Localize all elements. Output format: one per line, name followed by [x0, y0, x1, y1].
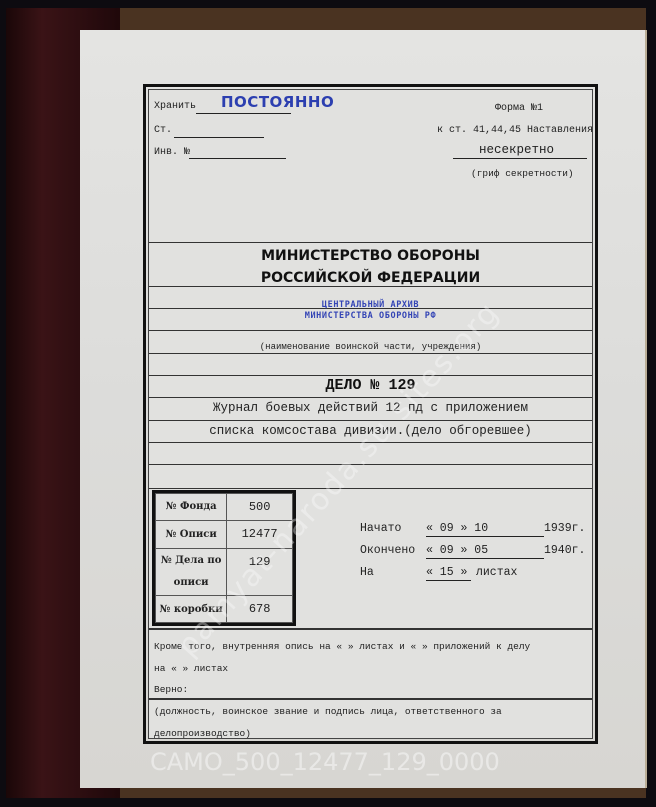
- secrecy-caption: (гриф секретности): [471, 168, 574, 179]
- sheets-value: « 15 »: [426, 566, 467, 579]
- file-description-line1: Журнал боевых действий 12 пд с приложени…: [149, 401, 592, 415]
- keep-label: Хранить: [154, 101, 196, 112]
- rule: [149, 353, 592, 354]
- started-label: Начато: [360, 522, 401, 535]
- sheets-underline: [426, 580, 471, 581]
- sheets-suffix: листах: [476, 566, 517, 579]
- rule: [149, 488, 592, 489]
- fond-row: № Фонда 500: [156, 494, 293, 521]
- rule: [149, 242, 592, 243]
- opis-label: № Описи: [156, 520, 227, 549]
- rule: [149, 698, 592, 700]
- ended-year: 1940г.: [544, 544, 585, 557]
- secrecy-underline: [453, 158, 587, 159]
- ended-label: Окончено: [360, 544, 415, 557]
- started-value: « 09 » 10: [426, 522, 488, 535]
- verified-label: Верно:: [154, 684, 188, 695]
- ended-underline: [426, 558, 544, 559]
- responsible-line1: (должность, воинское звание и подпись ли…: [154, 706, 502, 717]
- started-year: 1939г.: [544, 522, 585, 535]
- ministry-line1: МИНИСТЕРСТВО ОБОРОНЫ: [149, 248, 592, 264]
- keep-underline: [196, 113, 291, 114]
- st-underline: [174, 137, 264, 138]
- rule: [149, 286, 592, 287]
- scan-code: CAMO_500_12477_129_0000: [150, 748, 500, 776]
- form-number: Форма №1: [495, 103, 543, 114]
- fond-label: № Фонда: [156, 494, 227, 521]
- inv-underline: [189, 158, 286, 159]
- st-reference: к ст. 41,44,45 Наставления: [437, 125, 593, 136]
- archive-stamp-line1: ЦЕНТРАЛЬНЫЙ АРХИВ: [149, 300, 592, 310]
- ended-value: « 09 » 05: [426, 544, 488, 557]
- responsible-line2: делопроизводство): [154, 728, 251, 739]
- st-label: Ст.: [154, 125, 172, 136]
- keep-stamp: ПОСТОЯННО: [221, 93, 334, 111]
- rule: [149, 375, 592, 376]
- rule: [149, 330, 592, 331]
- unit-caption: (наименование воинской части, учреждения…: [149, 342, 592, 352]
- rule: [149, 397, 592, 398]
- inventory-line2: на « » листах: [154, 663, 228, 674]
- started-underline: [426, 536, 544, 537]
- sheets-label: На: [360, 566, 374, 579]
- archive-stamp-line2: МИНИСТЕРСТВА ОБОРОНЫ РФ: [149, 311, 592, 321]
- ministry-line2: РОССИЙСКОЙ ФЕДЕРАЦИИ: [149, 270, 592, 286]
- secrecy-value: несекретно: [479, 143, 554, 157]
- inv-label: Инв. №: [154, 147, 190, 158]
- file-title: ДЕЛО № 129: [149, 377, 592, 394]
